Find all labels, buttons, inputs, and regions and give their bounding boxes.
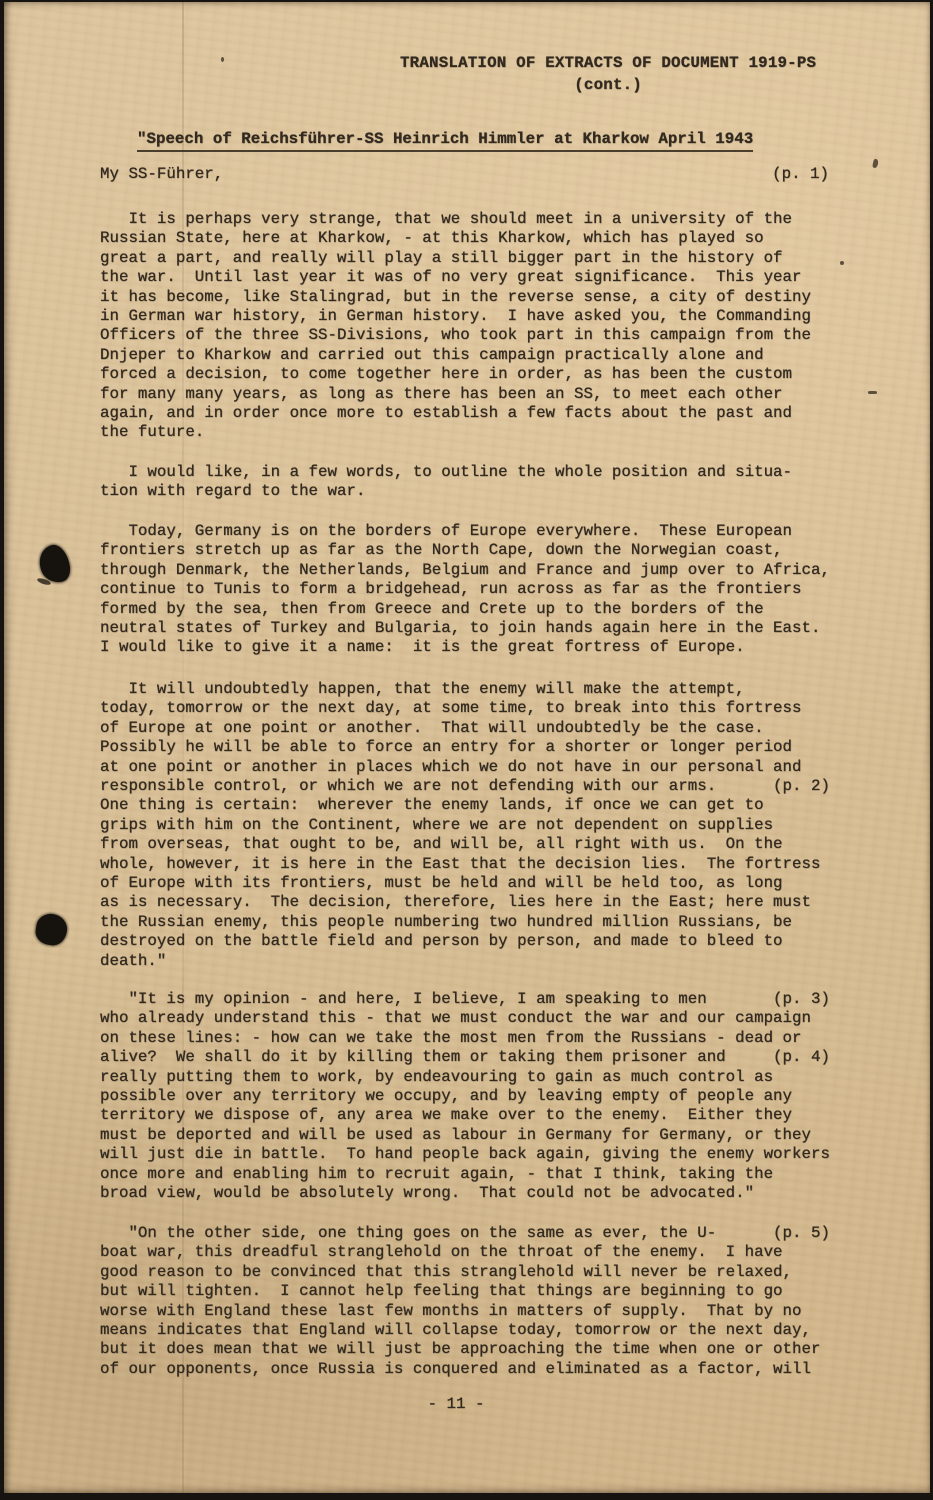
ink-blot-top xyxy=(36,542,73,586)
paragraph-2: I would like, in a few words, to outline… xyxy=(100,463,792,502)
page-marker-p1: (p. 1) xyxy=(772,165,829,183)
speech-title-row: "Speech of Reichsführer-SS Heinrich Himm… xyxy=(137,130,753,152)
salutation-row: My SS-Führer, (p. 1) xyxy=(100,165,829,183)
paragraph-1: It is perhaps very strange, that we shou… xyxy=(100,210,811,443)
ink-blot-bottom xyxy=(34,912,69,947)
paragraph-4: It will undoubtedly happen, that the ene… xyxy=(100,680,830,971)
salutation: My SS-Führer, xyxy=(100,165,223,183)
page-number: - 11 - xyxy=(100,1395,812,1413)
speech-title: "Speech of Reichsführer-SS Heinrich Himm… xyxy=(137,130,753,152)
paragraph-6: "On the other side, one thing goes on th… xyxy=(100,1224,830,1379)
header-title: TRANSLATION OF EXTRACTS OF DOCUMENT 1919… xyxy=(400,52,816,74)
paragraph-3: Today, Germany is on the borders of Euro… xyxy=(100,522,830,658)
paper-speck xyxy=(868,391,877,394)
paper-speck xyxy=(221,57,224,62)
document-header: TRANSLATION OF EXTRACTS OF DOCUMENT 1919… xyxy=(400,52,816,96)
paper-speck xyxy=(840,261,844,265)
document-page: TRANSLATION OF EXTRACTS OF DOCUMENT 1919… xyxy=(4,2,930,1493)
paper-speck xyxy=(872,159,879,169)
header-continued-label: (cont.) xyxy=(400,74,816,96)
paragraph-5: "It is my opinion - and here, I believe,… xyxy=(100,990,830,1203)
